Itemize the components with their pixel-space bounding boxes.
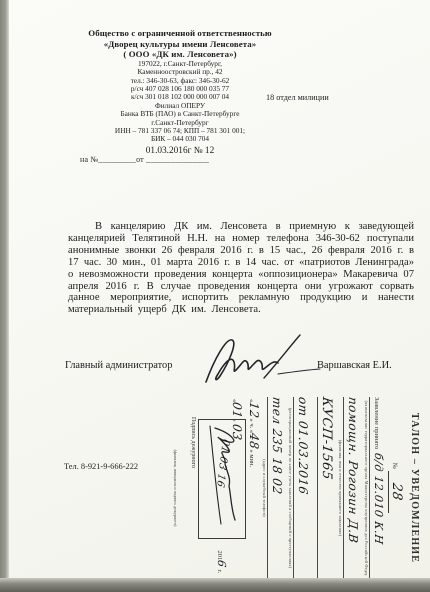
stamp-handwriting-kusp: КУСП-1565	[319, 396, 334, 481]
stamp-field-kusp: КУСП-1565	[317, 397, 336, 579]
stamp-field-phone: тел 235 18 02	[267, 397, 286, 579]
year-label: г.	[216, 569, 223, 573]
stamp-handwriting-officer: помощн. Рогозин Д.В	[346, 396, 360, 544]
scan-edge-left	[0, 0, 9, 580]
org-name-line: Общество с ограниченной ответственностью	[52, 28, 308, 39]
addressee: 18 отдел милиции	[266, 93, 329, 102]
stamp-caption: (регистрационный номер по книге учета за…	[288, 401, 293, 576]
stamp-field-date: от 01.03.2016	[293, 397, 312, 579]
stamp-sign-label: Подпись дежурного	[190, 417, 196, 468]
stamp-number-value: 28	[389, 482, 404, 502]
minutes-label: » мин.	[248, 449, 255, 467]
stamp-handwriting-phone: тел 235 18 02	[270, 396, 284, 495]
scan-edge-bottom	[0, 578, 430, 592]
stamp-caption: (адрес и служебный телефон)	[262, 401, 267, 576]
stamp-field-accepted: Заявление принято б/д 12.010 К.Н	[369, 397, 388, 579]
stamp-year-digit: 6	[215, 559, 228, 568]
stamp-number: № 28	[388, 393, 404, 583]
stamp-year-row: 2016 г.	[215, 550, 228, 573]
talon-uvedomlenie-stamp: ТАЛОН – УВЕДОМЛЕНИЕ № 28 Заявление приня…	[166, 393, 424, 583]
stamp-caption: (фамилия, инициалы и подпись дежурного)	[173, 401, 178, 576]
stamp-handwriting-date: от 01.03.2016	[296, 396, 310, 496]
handwritten-signature	[192, 330, 322, 392]
reference-line: на №_________от _______________	[80, 155, 209, 164]
stamp-handwriting-unit: б/д 12.010 К.Н	[372, 452, 385, 545]
signer-name: Варшавская Е.И.	[317, 360, 392, 371]
signer-position: Главный администратор	[65, 360, 172, 371]
stamp-accepted-label: Заявление принято	[373, 397, 380, 449]
hours-label: » ч. «	[248, 419, 255, 434]
letter-body-paragraph: В канцелярию ДК им. Ленсовета в приемную…	[68, 221, 414, 316]
stamp-field-officer: помощн. Рогозин Д.В	[343, 397, 362, 579]
org-name-line: «Дворец культуры имени Ленсовета»	[52, 39, 308, 50]
org-bik-line: БИК – 044 030 704	[52, 135, 308, 143]
stamp-time-row: «12» ч. «48» мин.	[247, 399, 261, 467]
stamp-day: 01	[230, 401, 244, 419]
stamp-caption: (наименование территориального органа Ми…	[364, 401, 369, 576]
stamp-number-label: №	[391, 463, 398, 469]
stamp-minutes: 48	[247, 432, 261, 450]
stamp-hours: 12	[247, 401, 261, 419]
stamp-title: ТАЛОН – УВЕДОМЛЕНИЕ	[409, 393, 420, 583]
scanned-letter-page: Общество с ограниченной ответственностью…	[0, 0, 430, 592]
contact-phone: Тел. 8-921-9-666-222	[64, 462, 138, 471]
stamp-caption: (фамилия, имя и отчество принявшего заяв…	[338, 401, 343, 576]
